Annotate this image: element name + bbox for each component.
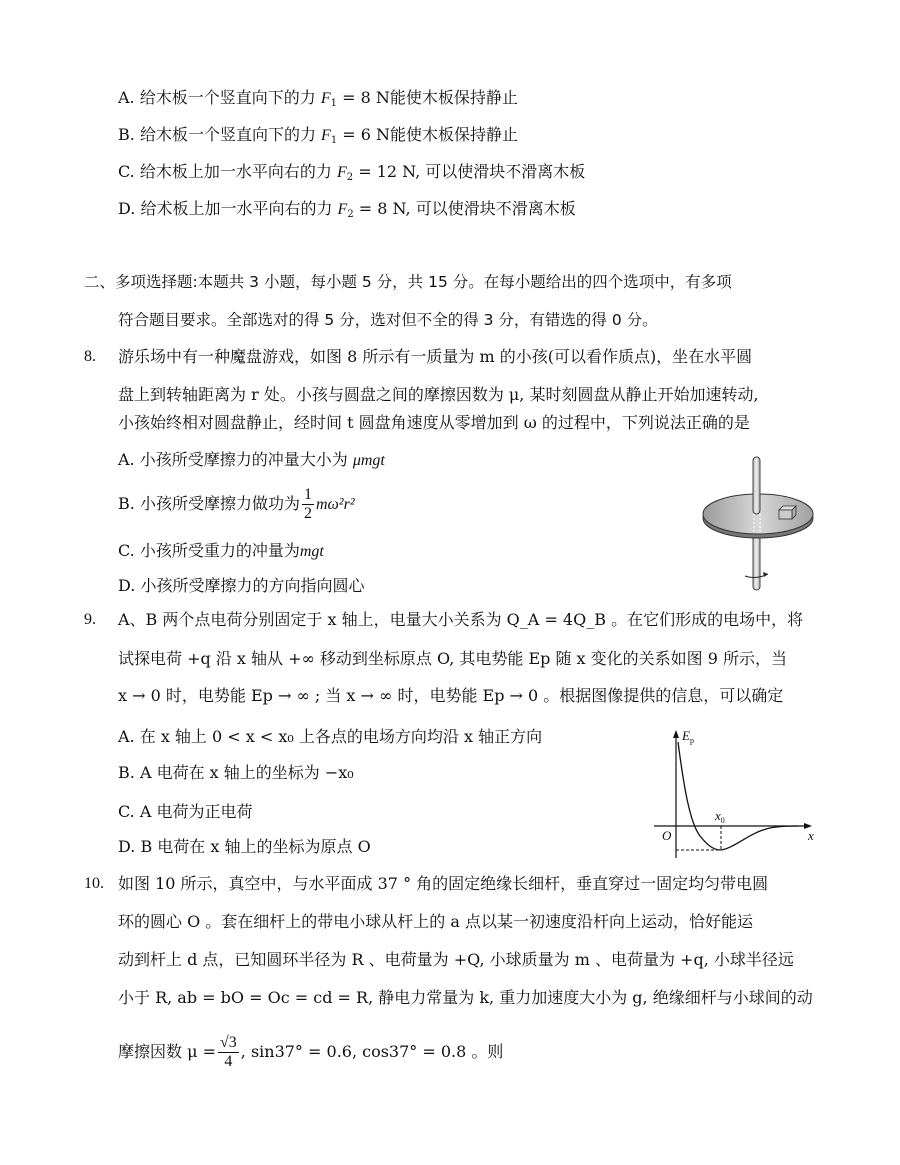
q7-option-c: C. 给木板上加一水平向右的力 F2 = 12 N, 可以使滑块不滑离木板 — [118, 162, 585, 188]
q8-stem-line-3: 小孩始终相对圆盘静止，经时间 t 圆盘角速度从零增加到 ω 的过程中，下列说法正… — [118, 413, 750, 433]
option-label: A. — [118, 727, 135, 746]
frac-den: 4 — [218, 1053, 239, 1071]
x0-label: x0 — [715, 808, 725, 825]
option-label: C. — [118, 541, 135, 560]
option-text: 小孩所受重力的冲量为 — [140, 541, 300, 560]
force-var: F — [321, 90, 331, 107]
q8-stem-line-2: 盘上到转轴距离为 r 处。小孩与圆盘之间的摩擦因数为 μ, 某时刻圆盘从静止开始… — [118, 385, 759, 405]
q7-option-b: B. 给木板一个竖直向下的力 F1 = 6 N能使木板保持静止 — [118, 125, 518, 151]
q8-option-b: B. 小孩所受摩擦力做功为12mω²r² — [118, 484, 355, 525]
section-instructions: 符合题目要求。全部选对的得 5 分，选对但不全的得 3 分，有错选的得 0 分。 — [118, 310, 658, 330]
option-text: 小孩所受摩擦力做功为 — [140, 494, 300, 513]
fraction-sqrt3-over-4: √34 — [218, 1034, 239, 1071]
q10-stem-line-4: 小于 R, ab = bO = Oc = cd = R, 静电力常量为 k, 重… — [118, 988, 813, 1008]
option-text: 给木板上加一水平向右的力 — [140, 162, 332, 181]
option-expr: mω²r² — [316, 496, 355, 513]
option-label: B. — [118, 494, 135, 513]
x0-sub: 0 — [721, 816, 725, 825]
option-text: 在 x 轴上 0 < x < x₀ 上各点的电场方向均沿 x 轴正方向 — [140, 727, 542, 746]
q10-stem-line-2: 环的圆心 O 。套在细杆上的带电小球从杆上的 a 点以某一初速度沿杆向上运动，恰… — [118, 912, 753, 932]
section-heading: 二、多项选择题:本题共 3 小题，每小题 5 分，共 15 分。在每小题给出的四… — [84, 272, 732, 292]
option-text-post: = 6 N能使木板保持静止 — [337, 125, 518, 144]
q9-option-a: A. 在 x 轴上 0 < x < x₀ 上各点的电场方向均沿 x 轴正方向 — [118, 727, 542, 747]
q8-stem-line-1: 游乐场中有一种魔盘游戏，如图 8 所示有一质量为 m 的小孩(可以看作质点)，坐… — [118, 347, 752, 367]
trig-values: , sin37° = 0.6, cos37° = 0.8 。则 — [241, 1042, 504, 1061]
ylabel-main: E — [682, 728, 690, 743]
q7-option-d: D. 给术板上加一水平向右的力 F2 = 8 N, 可以使滑块不滑离木板 — [118, 199, 576, 225]
frac-num: √3 — [218, 1034, 239, 1053]
option-text-post: = 12 N, 可以使滑块不滑离木板 — [353, 162, 585, 181]
q9-option-c: C. A 电荷为正电荷 — [118, 802, 253, 822]
option-label: A. — [118, 88, 135, 107]
fraction-one-half: 12 — [302, 486, 314, 523]
q9-stem-line-1: A、B 两个点电荷分别固定于 x 轴上，电量大小关系为 Q_A = 4Q_B 。… — [118, 610, 803, 630]
option-label: C. — [118, 162, 135, 181]
frac-den: 2 — [302, 505, 314, 523]
force-var: F — [337, 164, 347, 181]
q9-stem-line-2: 试探电荷 +q 沿 x 轴从 +∞ 移动到坐标原点 O, 其电势能 Ep 随 x… — [118, 649, 787, 669]
option-label: D. — [118, 837, 135, 856]
frac-num: 1 — [302, 486, 314, 505]
option-text-post: = 8 N, 可以使滑块不滑离木板 — [354, 199, 576, 218]
option-text-post: = 8 N能使木板保持静止 — [337, 88, 518, 107]
option-label: B. — [118, 763, 135, 782]
q9-number: 9. — [84, 610, 96, 630]
q10-stem-line-3: 动到杆上 d 点，已知圆环半径为 R 、电荷量为 +Q, 小球质量为 m 、电荷… — [118, 950, 794, 970]
option-label: D. — [118, 199, 135, 218]
q9-stem-line-3: x → 0 时，电势能 Ep → ∞ ; 当 x → ∞ 时，电势能 Ep → … — [118, 686, 783, 706]
option-expr: mgt — [300, 543, 324, 560]
q8-option-d: D. 小孩所受摩擦力的方向指向圆心 — [118, 576, 364, 596]
force-var: F — [321, 127, 331, 144]
option-expr: μmgt — [353, 452, 385, 469]
ylabel-sub: p — [690, 736, 694, 745]
q7-option-a: A. 给木板一个竖直向下的力 F1 = 8 N能使木板保持静止 — [118, 88, 518, 114]
option-label: D. — [118, 576, 135, 595]
option-text: 小孩所受摩擦力的冲量大小为 — [140, 450, 348, 469]
origin-label: O — [662, 828, 671, 844]
q8-number: 8. — [84, 347, 96, 367]
x-axis-label: x — [808, 828, 814, 844]
y-axis-label: Ep — [682, 728, 694, 745]
option-text: 给木板一个竖直向下的力 — [140, 88, 316, 107]
option-label: C. — [118, 802, 135, 821]
q8-option-c: C. 小孩所受重力的冲量为mgt — [118, 541, 324, 562]
option-text: 给术板上加一水平向右的力 — [140, 199, 332, 218]
option-text: A 电荷在 x 轴上的坐标为 −x₀ — [140, 763, 354, 782]
q9-option-b: B. A 电荷在 x 轴上的坐标为 −x₀ — [118, 763, 354, 783]
friction-coef-label: 摩擦因数 μ = — [118, 1042, 216, 1061]
potential-energy-graph: Ep x0 O x — [640, 728, 820, 863]
option-text: B 电荷在 x 轴上的坐标为原点 O — [140, 837, 370, 856]
q10-number: 10. — [84, 874, 104, 894]
q9-option-d: D. B 电荷在 x 轴上的坐标为原点 O — [118, 837, 371, 857]
option-label: A. — [118, 450, 135, 469]
option-label: B. — [118, 125, 135, 144]
q8-option-a: A. 小孩所受摩擦力的冲量大小为 μmgt — [118, 450, 385, 471]
option-text: 小孩所受摩擦力的方向指向圆心 — [140, 576, 364, 595]
force-var: F — [338, 201, 348, 218]
q10-stem-line-5: 摩擦因数 μ =√34, sin37° = 0.6, cos37° = 0.8 … — [118, 1030, 503, 1074]
q10-stem-line-1: 如图 10 所示，真空中，与水平面成 37 ° 角的固定绝缘长细杆，垂直穿过一固… — [118, 874, 768, 894]
option-text: A 电荷为正电荷 — [140, 802, 253, 821]
option-text: 给木板一个竖直向下的力 — [140, 125, 316, 144]
rotating-disc-figure — [680, 452, 830, 597]
